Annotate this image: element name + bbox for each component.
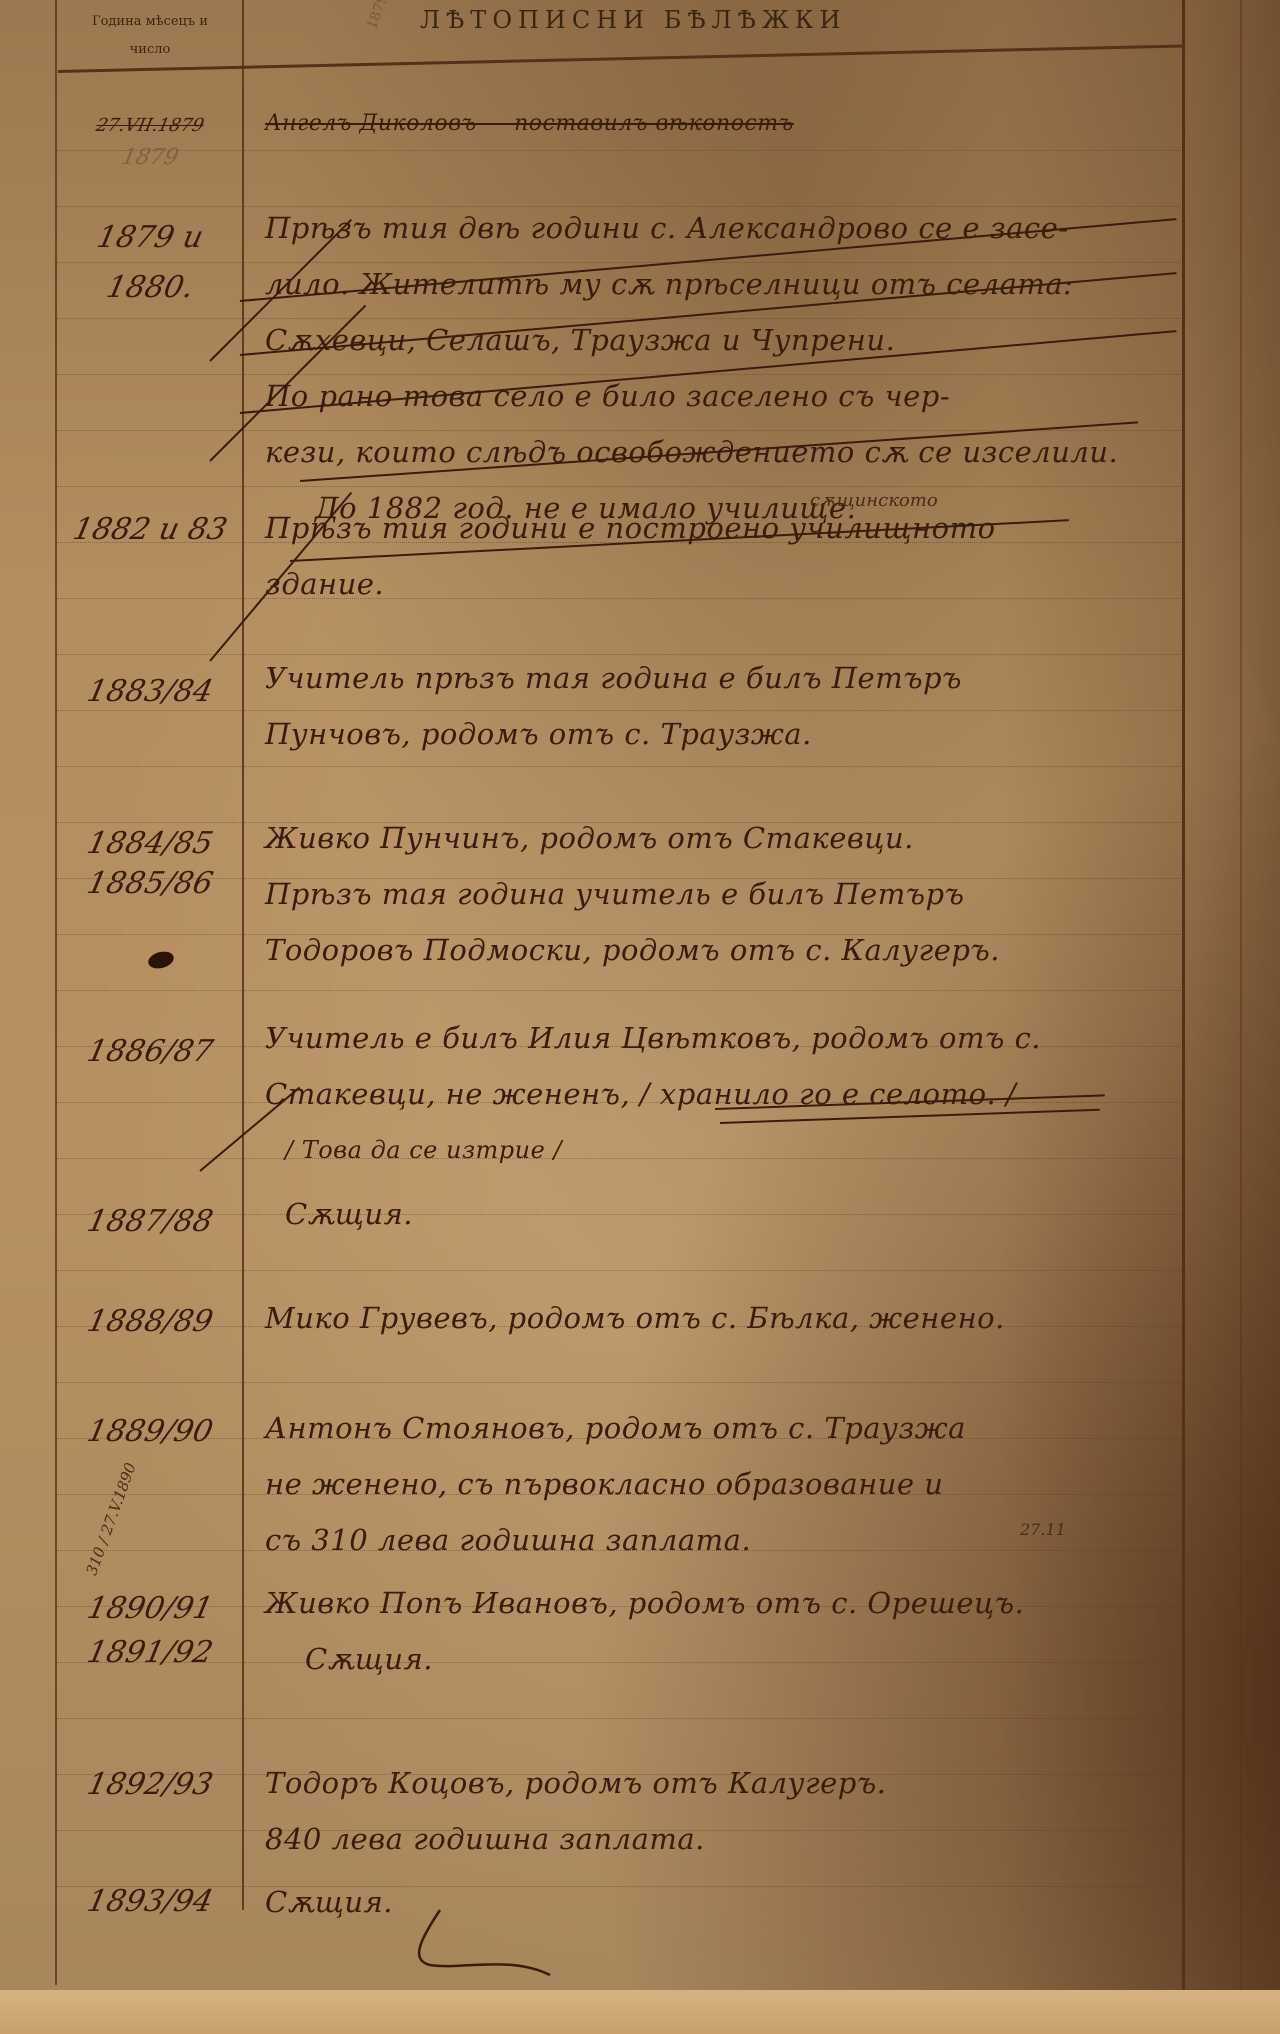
entry-year: 1891/92 xyxy=(56,1633,245,1673)
entry-year: 1885/86 xyxy=(56,864,245,904)
entry-year: 1880. xyxy=(56,268,245,308)
entry-line: Стакевци, не жененъ, / хранило го е село… xyxy=(265,1066,1180,1122)
entry-year: 1883/84 xyxy=(56,672,245,712)
date-column-header: Година мѣсецъ и число xyxy=(62,8,238,64)
ruled-line xyxy=(57,1270,1183,1272)
entry-line: Прѣзъ тия години е построено училищното xyxy=(265,500,1180,556)
entry-year: 1886/87 xyxy=(56,1032,245,1072)
page-bottom-edge xyxy=(0,1990,1280,2034)
date-column-header-line2: число xyxy=(62,36,238,64)
entry-year: 1884/85 xyxy=(56,824,245,864)
entry-line: Мико Грувевъ, родомъ отъ с. Бѣлка, женен… xyxy=(265,1290,1180,1346)
entry-line: съ 310 лева годишна заплата. xyxy=(265,1512,1180,1568)
entry-year-crossed: 27.VII.1879 xyxy=(56,106,245,146)
signature-flourish xyxy=(400,1900,620,1990)
entry-line: Живко Попъ Ивановъ, родомъ отъ с. Орешец… xyxy=(265,1575,1180,1631)
entry-line: Тодоръ Коцовъ, родомъ отъ Калугеръ. xyxy=(265,1755,1180,1811)
entry-line: Учитель прѣзъ тая година е билъ Петъръ xyxy=(265,650,1180,706)
entry-line: 840 лева годишна заплата. xyxy=(265,1811,1180,1867)
ruled-line xyxy=(57,1718,1183,1720)
entry-line: Ангелъ Диколовъ — поставилъ вѣкопостъ xyxy=(265,96,1180,152)
entry-line: Прѣзъ тия двѣ години с. Александрово се … xyxy=(265,200,1180,256)
ruled-line xyxy=(57,1382,1183,1384)
entry-year: 1889/90 xyxy=(56,1412,245,1452)
entry-line: Сѫщия. xyxy=(265,1186,1180,1242)
entry-line: Живко Пунчинъ, родомъ отъ Стакевци. xyxy=(265,810,1180,866)
entry-line: не женено, съ първокласно образование и xyxy=(265,1456,1180,1512)
left-margin-rule xyxy=(55,0,57,1985)
entry-year: 1890/91 xyxy=(56,1589,245,1629)
entry-year: 1887/88 xyxy=(56,1202,245,1242)
entry-year: 1882 и 83 xyxy=(56,510,245,550)
entry-year: 1879 и xyxy=(56,218,245,258)
outer-edge-rule xyxy=(1240,0,1242,1990)
entry-year: 1892/93 xyxy=(56,1765,245,1805)
entry-line: По рано това село е било заселено съ чер… xyxy=(265,368,1180,424)
column-divider-rule xyxy=(242,0,244,1910)
entry-line: / Това да се изтрие / xyxy=(265,1122,1180,1178)
ruled-line xyxy=(57,766,1183,768)
chronicle-notes-title: ЛѢТОПИСНИ БѢЛѢЖКИ xyxy=(420,6,846,34)
entry-year: 1888/89 xyxy=(56,1302,245,1342)
entry-line: Пунчовъ, родомъ отъ с. Траузжа. xyxy=(265,706,1180,762)
entry-line: Сѫщия. xyxy=(265,1631,1180,1687)
date-column-header-line1: Година мѣсецъ и xyxy=(62,8,238,36)
entry-line: Учитель е билъ Илия Цвѣтковъ, родомъ отъ… xyxy=(265,1010,1180,1066)
right-margin-rule xyxy=(1182,0,1185,1990)
entry-line: Тодоровъ Подмоски, родомъ отъ с. Калугер… xyxy=(265,922,1180,978)
entry-line: Антонъ Стояновъ, родомъ отъ с. Траузжа xyxy=(265,1400,1180,1456)
entry-line: Прѣзъ тая година учитель е билъ Петъръ xyxy=(265,866,1180,922)
entry-year: 1893/94 xyxy=(56,1882,245,1922)
entry-line: здание. xyxy=(265,556,1180,612)
ruled-line xyxy=(57,990,1183,992)
